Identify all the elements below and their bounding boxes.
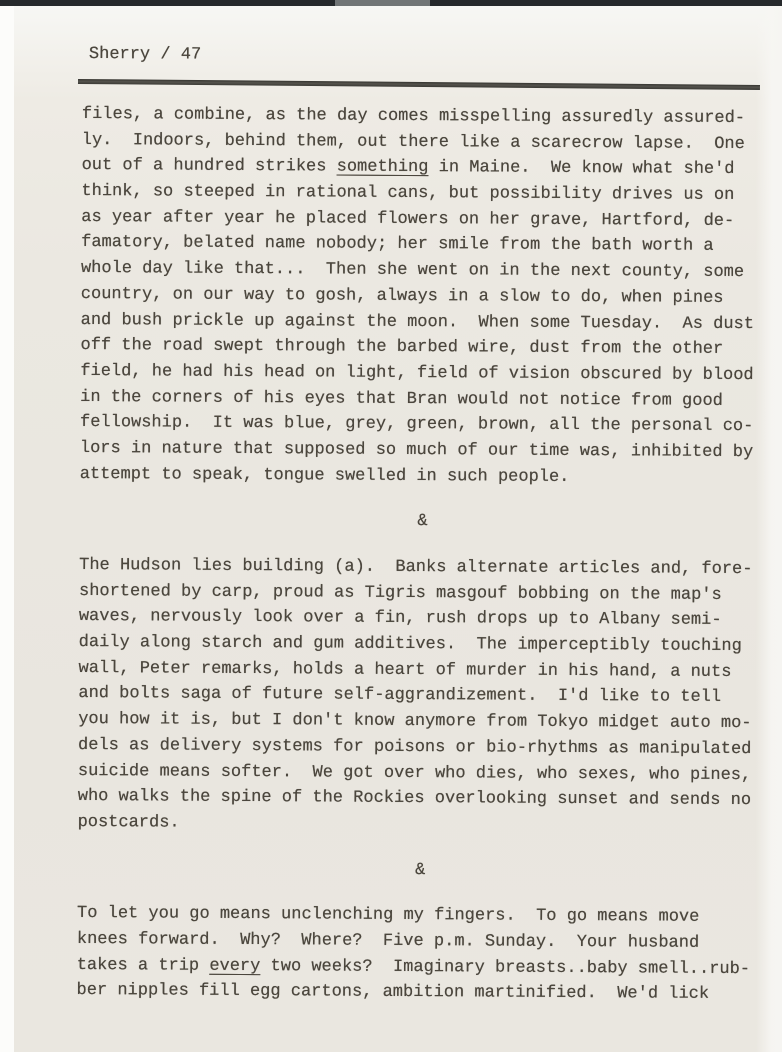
text-segment: files, a combine, as the day comes missp… [82, 105, 745, 128]
text-line: lors in nature that supposed so much of … [80, 436, 766, 466]
text-line: think, so steeped in rational cans, but … [81, 179, 767, 209]
text-line: field, he had his head on light, field o… [80, 359, 766, 389]
text-line: files, a combine, as the day comes missp… [82, 102, 768, 132]
text-line: postcards. [78, 810, 764, 840]
scan-artifact [335, 0, 430, 6]
text-segment: you how it is, but I don't know anymore … [78, 710, 751, 733]
section-separator-ampersand: & [79, 507, 765, 537]
text-line: you how it is, but I don't know anymore … [78, 707, 764, 737]
text-segment: in the corners of his eyes that Bran wou… [80, 388, 723, 411]
text-line: attempt to speak, tongue swelled in such… [80, 462, 766, 492]
text-line: who walks the spine of the Rockies overl… [78, 784, 764, 814]
text-segment: out of a hundred strikes [82, 156, 337, 177]
text-segment: who walks the spine of the Rockies overl… [78, 787, 751, 810]
text-line: ber nipples fill egg cartons, ambition m… [76, 978, 762, 1008]
text-line: whole day like that... Then she went on … [81, 256, 767, 286]
text-segment: field, he had his head on light, field o… [80, 362, 753, 385]
paragraph: The Hudson lies building (a). Banks alte… [78, 553, 766, 840]
text-segment: whole day like that... Then she went on … [81, 259, 744, 282]
text-segment: The Hudson lies building (a). Banks alte… [79, 556, 752, 579]
text-line: country, on our way to gosh, always in a… [81, 282, 767, 312]
text-segment: dels as delivery systems for poisons or … [78, 736, 751, 759]
manuscript-text: files, a combine, as the day comes missp… [76, 102, 767, 1008]
text-segment: country, on our way to gosh, always in a… [81, 285, 724, 308]
text-segment: ly. Indoors, behind them, out there like… [82, 131, 745, 154]
text-line: dels as delivery systems for poisons or … [78, 733, 764, 763]
text-segment: postcards. [78, 813, 180, 833]
text-segment: To let you go means unclenching my finge… [77, 904, 699, 927]
text-segment: takes a trip [77, 956, 210, 976]
manuscript-page: Sherry / 47 files, a combine, as the day… [14, 6, 782, 1052]
text-segment: shortened by carp, proud as Tigris masgo… [79, 582, 722, 605]
text-segment: waves, nervously look over a fin, rush d… [79, 607, 722, 630]
text-segment: in Maine. We know what she'd [428, 158, 734, 179]
text-line: daily along starch and gum additives. Th… [79, 630, 765, 660]
scan-edge-top [0, 0, 782, 6]
paragraph: files, a combine, as the day comes missp… [80, 102, 768, 491]
text-line: The Hudson lies building (a). Banks alte… [79, 553, 765, 583]
text-segment: fellowship. It was blue, grey, green, br… [80, 413, 753, 436]
text-segment: as year after year he placed flowers on … [81, 208, 734, 231]
text-segment: off the road swept through the barbed wi… [80, 336, 723, 359]
underlined-word: something [337, 158, 429, 178]
text-segment: and bolts saga of future self-aggrandize… [78, 684, 721, 707]
text-segment: think, so steeped in rational cans, but … [81, 182, 734, 205]
text-line: knees forward. Why? Where? Five p.m. Sun… [77, 927, 763, 957]
text-segment: famatory, belated name nobody; her smile… [81, 233, 714, 256]
header-rule [78, 79, 760, 90]
page-header-title: Sherry / 47 [89, 44, 201, 67]
text-segment: wall, Peter remarks, holds a heart of mu… [78, 659, 731, 682]
text-segment: and bush prickle up against the moon. Wh… [81, 310, 754, 333]
text-segment: two weeks? Imaginary breasts..baby smell… [260, 957, 750, 979]
text-segment: suicide means softer. We got over who di… [78, 761, 751, 784]
text-segment: ber nipples fill egg cartons, ambition m… [77, 981, 710, 1004]
section-separator-ampersand: & [77, 856, 763, 886]
paragraph: To let you go means unclenching my finge… [76, 901, 763, 1008]
text-segment: attempt to speak, tongue swelled in such… [80, 465, 570, 487]
underlined-word: every [209, 956, 260, 975]
text-line: off the road swept through the barbed wi… [80, 333, 766, 363]
text-segment: knees forward. Why? Where? Five p.m. Sun… [77, 930, 699, 953]
text-segment: daily along starch and gum additives. Th… [79, 633, 742, 656]
text-segment: lors in nature that supposed so much of … [80, 439, 753, 462]
